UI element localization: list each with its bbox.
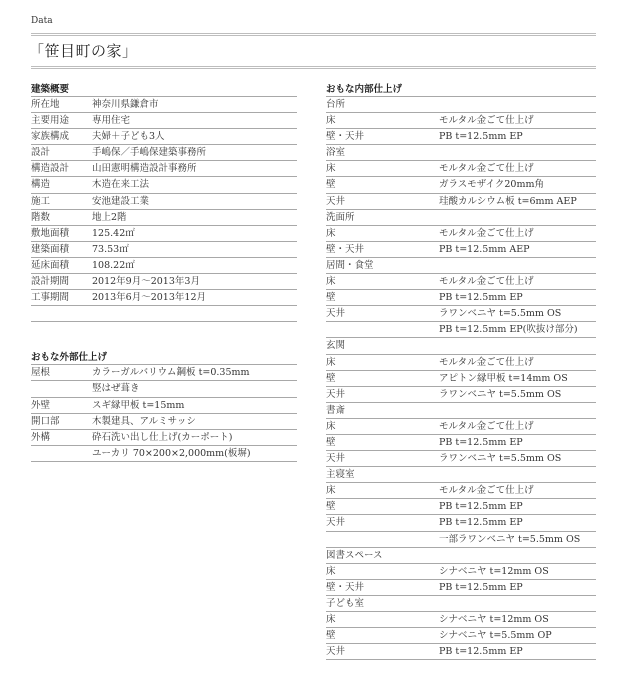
section-heading: 建築概要 bbox=[31, 82, 297, 97]
row-label: 壁・天井 bbox=[326, 242, 439, 257]
page-title: 「笹目町の家」 bbox=[29, 40, 138, 61]
row-value: モルタル金ごて仕上げ bbox=[439, 483, 596, 498]
section-heading: おもな内部仕上げ bbox=[326, 82, 596, 97]
exterior-finishes-table: おもな外部仕上げ 屋根カラーガルバリウム鋼板 t=0.35mm竪はぜ葺き外壁スギ… bbox=[31, 350, 297, 462]
row-value: ラワンベニヤ t=5.5mm OS bbox=[439, 387, 596, 402]
row-value: シナベニヤ t=12mm OS bbox=[439, 612, 596, 627]
table-row: 構造設計山田憲明構造設計事務所 bbox=[31, 161, 297, 177]
table-row: 所在地神奈川県鎌倉市 bbox=[31, 97, 297, 113]
row-value: ラワンベニヤ t=5.5mm OS bbox=[439, 451, 596, 466]
row-value: 夫婦＋子ども3人 bbox=[92, 129, 297, 144]
row-label: 家族構成 bbox=[31, 129, 92, 144]
room-header-row: 洗面所 bbox=[326, 210, 596, 226]
table-row: ユーカリ 70×200×2,000mm(板塀) bbox=[31, 446, 297, 462]
row-label: 壁 bbox=[326, 628, 439, 643]
table-row: 延床面積108.22㎡ bbox=[31, 258, 297, 274]
row-label: 床 bbox=[326, 274, 439, 289]
table-row: 壁・天井PB t=12.5mm EP bbox=[326, 580, 596, 596]
table-row: 施工安池建設工業 bbox=[31, 194, 297, 210]
row-label: 床 bbox=[326, 483, 439, 498]
table-row: 竪はぜ葺き bbox=[31, 381, 297, 397]
row-value: 木製建具、アルミサッシ bbox=[92, 414, 297, 429]
blank-row bbox=[31, 306, 297, 322]
row-label: 壁・天井 bbox=[326, 580, 439, 595]
row-value: モルタル金ごて仕上げ bbox=[439, 161, 596, 176]
room-header-row: 居間・食堂 bbox=[326, 258, 596, 274]
table-row: 床モルタル金ごて仕上げ bbox=[326, 226, 596, 242]
row-value: PB t=12.5mm EP bbox=[439, 129, 596, 144]
row-label: 施工 bbox=[31, 194, 92, 209]
row-label bbox=[31, 446, 92, 461]
row-label: 壁 bbox=[326, 435, 439, 450]
table-row: 床モルタル金ごて仕上げ bbox=[326, 355, 596, 371]
building-overview-table: 建築概要 所在地神奈川県鎌倉市主要用途専用住宅家族構成夫婦＋子ども3人設計手嶋保… bbox=[31, 82, 297, 322]
table-row: 構造木造在来工法 bbox=[31, 177, 297, 193]
row-label: 設計 bbox=[31, 145, 92, 160]
table-row: 敷地面積125.42㎡ bbox=[31, 226, 297, 242]
table-row: 床モルタル金ごて仕上げ bbox=[326, 113, 596, 129]
row-value: PB t=12.5mm EP bbox=[439, 290, 596, 305]
table-row: 床モルタル金ごて仕上げ bbox=[326, 419, 596, 435]
room-name: 洗面所 bbox=[326, 210, 355, 225]
row-value: シナベニヤ t=5.5mm OP bbox=[439, 628, 596, 643]
row-label: 工事期間 bbox=[31, 290, 92, 305]
room-header-row: 子ども室 bbox=[326, 596, 596, 612]
right-column: おもな内部仕上げ 台所床モルタル金ごて仕上げ壁・天井PB t=12.5mm EP… bbox=[326, 82, 596, 660]
row-value: ガラスモザイク20mm角 bbox=[439, 177, 596, 192]
table-row: 設計期間2012年9月～2013年3月 bbox=[31, 274, 297, 290]
row-label: 壁 bbox=[326, 177, 439, 192]
row-value: ユーカリ 70×200×2,000mm(板塀) bbox=[92, 446, 297, 461]
table-row: 外構砕石洗い出し仕上げ(カーポート) bbox=[31, 430, 297, 446]
row-label: 床 bbox=[326, 355, 439, 370]
row-label: 床 bbox=[326, 161, 439, 176]
table-row: 壁PB t=12.5mm EP bbox=[326, 435, 596, 451]
row-value: スギ縁甲板 t=15mm bbox=[92, 398, 297, 413]
row-value: 一部ラワンベニヤ t=5.5mm OS bbox=[439, 532, 596, 547]
row-value: 安池建設工業 bbox=[92, 194, 297, 209]
row-label: 構造 bbox=[31, 177, 92, 192]
row-label: 床 bbox=[326, 419, 439, 434]
row-value: PB t=12.5mm EP bbox=[439, 580, 596, 595]
row-value: PB t=12.5mm EP bbox=[439, 499, 596, 514]
row-value: 125.42㎡ bbox=[92, 226, 297, 241]
row-label: 建築面積 bbox=[31, 242, 92, 257]
row-value: カラーガルバリウム鋼板 t=0.35mm bbox=[92, 365, 297, 380]
table-row: PB t=12.5mm EP(吹抜け部分) bbox=[326, 322, 596, 338]
table-row: 設計手嶋保／手嶋保建築事務所 bbox=[31, 145, 297, 161]
table-row: 天井ラワンベニヤ t=5.5mm OS bbox=[326, 306, 596, 322]
row-value: PB t=12.5mm EP bbox=[439, 515, 596, 530]
row-value: PB t=12.5mm EP bbox=[439, 435, 596, 450]
room-header-row: 主寝室 bbox=[326, 467, 596, 483]
row-label: 所在地 bbox=[31, 97, 92, 112]
table-row: 家族構成夫婦＋子ども3人 bbox=[31, 129, 297, 145]
table-row: 床シナベニヤ t=12mm OS bbox=[326, 564, 596, 580]
row-label: 壁・天井 bbox=[326, 129, 439, 144]
table-row: 開口部木製建具、アルミサッシ bbox=[31, 414, 297, 430]
row-label: 天井 bbox=[326, 451, 439, 466]
room-header-row: 玄関 bbox=[326, 338, 596, 354]
row-value: ラワンベニヤ t=5.5mm OS bbox=[439, 306, 596, 321]
table-row: 屋根カラーガルバリウム鋼板 t=0.35mm bbox=[31, 365, 297, 381]
row-label bbox=[326, 532, 439, 547]
row-value: 神奈川県鎌倉市 bbox=[92, 97, 297, 112]
row-label: 床 bbox=[326, 564, 439, 579]
row-label: 構造設計 bbox=[31, 161, 92, 176]
room-header-row: 図書スペース bbox=[326, 548, 596, 564]
table-row: 天井PB t=12.5mm EP bbox=[326, 515, 596, 531]
table-row: 壁アピトン縁甲板 t=14mm OS bbox=[326, 371, 596, 387]
table-row: 建築面積73.53㎡ bbox=[31, 242, 297, 258]
row-value: PB t=12.5mm EP(吹抜け部分) bbox=[439, 322, 596, 337]
table-row: 階数地上2階 bbox=[31, 210, 297, 226]
table-row: 壁シナベニヤ t=5.5mm OP bbox=[326, 628, 596, 644]
left-column: 建築概要 所在地神奈川県鎌倉市主要用途専用住宅家族構成夫婦＋子ども3人設計手嶋保… bbox=[31, 82, 297, 462]
room-name: 書斎 bbox=[326, 403, 345, 418]
table-row: 壁・天井PB t=12.5mm AEP bbox=[326, 242, 596, 258]
row-value: モルタル金ごて仕上げ bbox=[439, 113, 596, 128]
row-value: 73.53㎡ bbox=[92, 242, 297, 257]
row-label: 外壁 bbox=[31, 398, 92, 413]
row-label: 天井 bbox=[326, 306, 439, 321]
row-value: アピトン縁甲板 t=14mm OS bbox=[439, 371, 596, 386]
table-row: 床シナベニヤ t=12mm OS bbox=[326, 612, 596, 628]
interior-finishes-table: おもな内部仕上げ 台所床モルタル金ごて仕上げ壁・天井PB t=12.5mm EP… bbox=[326, 82, 596, 660]
row-value: モルタル金ごて仕上げ bbox=[439, 419, 596, 434]
table-row: 天井ラワンベニヤ t=5.5mm OS bbox=[326, 451, 596, 467]
row-label bbox=[31, 381, 92, 396]
room-header-row: 台所 bbox=[326, 97, 596, 113]
table-row: 壁PB t=12.5mm EP bbox=[326, 499, 596, 515]
table-row: 床モルタル金ごて仕上げ bbox=[326, 483, 596, 499]
row-value: 地上2階 bbox=[92, 210, 297, 225]
row-value: 2012年9月～2013年3月 bbox=[92, 274, 297, 289]
row-label: 床 bbox=[326, 113, 439, 128]
room-header-row: 書斎 bbox=[326, 403, 596, 419]
table-row: 主要用途専用住宅 bbox=[31, 113, 297, 129]
room-name: 主寝室 bbox=[326, 467, 355, 482]
row-label: 天井 bbox=[326, 194, 439, 209]
table-row: 天井ラワンベニヤ t=5.5mm OS bbox=[326, 387, 596, 403]
room-name: 玄関 bbox=[326, 338, 345, 353]
table-row: 一部ラワンベニヤ t=5.5mm OS bbox=[326, 532, 596, 548]
row-value: 専用住宅 bbox=[92, 113, 297, 128]
row-value: モルタル金ごて仕上げ bbox=[439, 226, 596, 241]
row-label: 壁 bbox=[326, 499, 439, 514]
room-name: 台所 bbox=[326, 97, 345, 112]
table-row: 天井珪酸カルシウム板 t=6mm AEP bbox=[326, 194, 596, 210]
table-row: 壁ガラスモザイク20mm角 bbox=[326, 177, 596, 193]
row-value: PB t=12.5mm EP bbox=[439, 644, 596, 659]
row-label: 天井 bbox=[326, 515, 439, 530]
row-label: 床 bbox=[326, 612, 439, 627]
section-heading: おもな外部仕上げ bbox=[31, 350, 297, 365]
title-bottom-rule bbox=[31, 66, 596, 69]
row-label: 主要用途 bbox=[31, 113, 92, 128]
row-value: 竪はぜ葺き bbox=[92, 381, 297, 396]
room-name: 子ども室 bbox=[326, 596, 364, 611]
table-row: 工事期間2013年6月～2013年12月 bbox=[31, 290, 297, 306]
table-row: 天井PB t=12.5mm EP bbox=[326, 644, 596, 660]
section-label: Data bbox=[31, 16, 53, 26]
row-value: 木造在来工法 bbox=[92, 177, 297, 192]
table-row: 外壁スギ縁甲板 t=15mm bbox=[31, 398, 297, 414]
row-value: モルタル金ごて仕上げ bbox=[439, 355, 596, 370]
row-value: 2013年6月～2013年12月 bbox=[92, 290, 297, 305]
row-value: シナベニヤ t=12mm OS bbox=[439, 564, 596, 579]
row-value: 砕石洗い出し仕上げ(カーポート) bbox=[92, 430, 297, 445]
row-label: 開口部 bbox=[31, 414, 92, 429]
row-label: 壁 bbox=[326, 371, 439, 386]
row-label: 屋根 bbox=[31, 365, 92, 380]
table-row: 壁・天井PB t=12.5mm EP bbox=[326, 129, 596, 145]
row-label bbox=[326, 322, 439, 337]
table-row: 床モルタル金ごて仕上げ bbox=[326, 274, 596, 290]
row-label: 敷地面積 bbox=[31, 226, 92, 241]
row-label: 階数 bbox=[31, 210, 92, 225]
row-value: 手嶋保／手嶋保建築事務所 bbox=[92, 145, 297, 160]
row-label: 天井 bbox=[326, 387, 439, 402]
table-row: 床モルタル金ごて仕上げ bbox=[326, 161, 596, 177]
row-label: 延床面積 bbox=[31, 258, 92, 273]
row-label: 外構 bbox=[31, 430, 92, 445]
room-name: 図書スペース bbox=[326, 548, 383, 563]
row-label: 設計期間 bbox=[31, 274, 92, 289]
row-label: 天井 bbox=[326, 644, 439, 659]
row-value: 珪酸カルシウム板 t=6mm AEP bbox=[439, 194, 596, 209]
row-value: 108.22㎡ bbox=[92, 258, 297, 273]
row-value: モルタル金ごて仕上げ bbox=[439, 274, 596, 289]
row-value: PB t=12.5mm AEP bbox=[439, 242, 596, 257]
row-label: 床 bbox=[326, 226, 439, 241]
room-header-row: 浴室 bbox=[326, 145, 596, 161]
row-label: 壁 bbox=[326, 290, 439, 305]
title-top-rule bbox=[31, 33, 596, 36]
room-name: 浴室 bbox=[326, 145, 345, 160]
room-name: 居間・食堂 bbox=[326, 258, 374, 273]
row-value: 山田憲明構造設計事務所 bbox=[92, 161, 297, 176]
table-row: 壁PB t=12.5mm EP bbox=[326, 290, 596, 306]
